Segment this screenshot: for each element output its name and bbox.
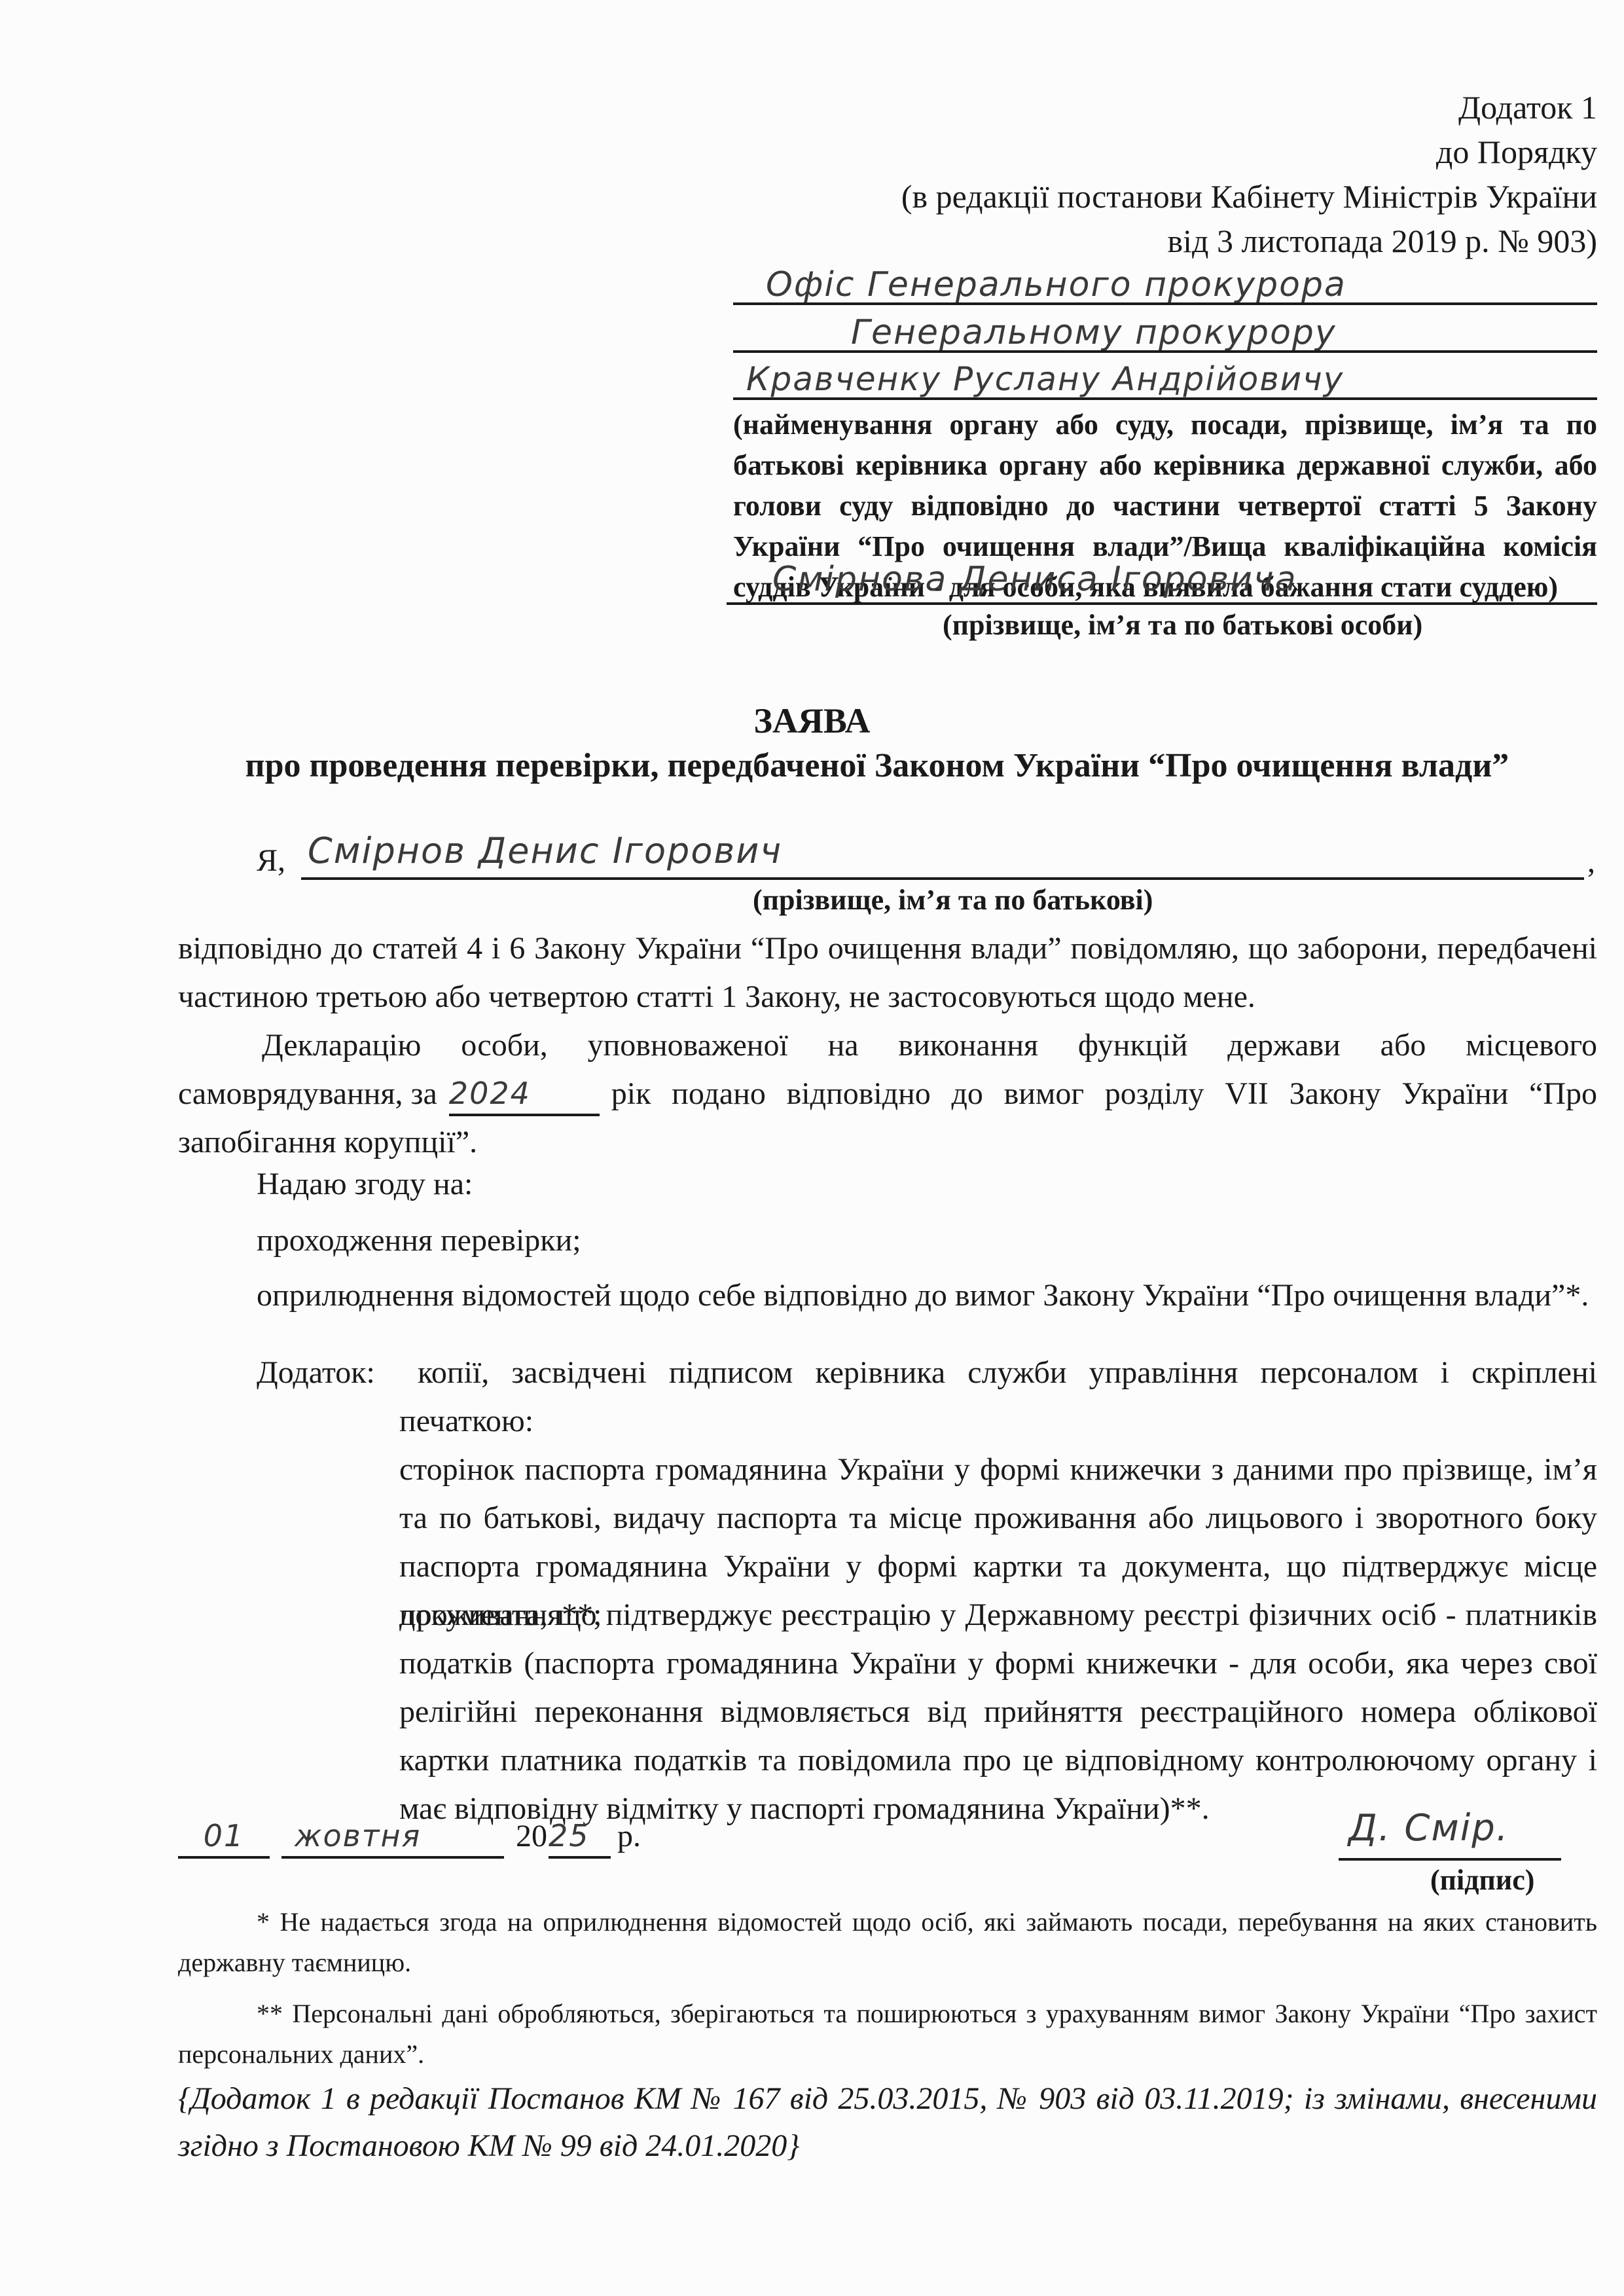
addressee-underline-1 — [733, 302, 1597, 305]
document-title: ЗАЯВА — [0, 701, 1624, 741]
date-year-prefix: 20 — [516, 1812, 547, 1861]
appendix-edition: (в редакції постанови Кабінету Міністрів… — [785, 174, 1597, 219]
addressee-underline-2 — [733, 350, 1597, 353]
footnote-personal-data: ** Персональні дані обробляються, зберіг… — [178, 1994, 1597, 2075]
applicant-underline — [301, 877, 1584, 880]
date-year-field[interactable]: 25 — [549, 1816, 611, 1859]
attachments-label: Додаток: — [257, 1349, 375, 1397]
date-month-handwritten: жовтня — [295, 1818, 421, 1853]
addressee-line-3[interactable]: Кравченку Руслану Андрійовичу — [746, 360, 1344, 398]
consent-item-publication: оприлюднення відомостей щодо себе відпов… — [178, 1271, 1597, 1320]
sender-underline — [727, 602, 1597, 605]
declaration-after-year: рік подано відповідно до вимог розділу V… — [611, 1070, 1597, 1118]
declaration-before-year: самоврядування, за — [178, 1070, 437, 1118]
sender-name-handwritten[interactable]: Смірнова Дениса Ігоровича — [772, 560, 1297, 599]
addressee-line-2[interactable]: Генеральному прокурору — [851, 313, 1337, 352]
statement-paragraph: відповідно до статей 4 і 6 Закону Україн… — [178, 924, 1597, 1021]
date-day-field[interactable]: 01 — [178, 1816, 270, 1859]
declaration-line-3: запобігання корупції”. — [178, 1118, 477, 1167]
applicant-prefix: Я, — [257, 837, 285, 885]
date-year-suffix: р. — [617, 1812, 641, 1861]
applicant-name-handwritten[interactable]: Смірнов Денис Ігорович — [308, 830, 782, 871]
appendix-header: Додаток 1 до Порядку (в редакції постано… — [785, 85, 1597, 263]
date-month-field[interactable]: жовтня — [281, 1816, 504, 1859]
attachment-item-tax-registration: документа, що підтверджує реєстрацію у Д… — [399, 1591, 1597, 1833]
declaration-year-handwritten: 2024 — [449, 1076, 531, 1111]
date-day-handwritten: 01 — [204, 1818, 245, 1853]
appendix-resolution: від 3 листопада 2019 р. № 903) — [785, 219, 1597, 263]
consent-item-verification: проходження перевірки; — [257, 1216, 581, 1265]
signature-caption: (підпис) — [1430, 1861, 1534, 1900]
attachments-intro: копії, засвідчені підписом керівника слу… — [399, 1349, 1597, 1446]
date-year-handwritten: 25 — [549, 1818, 590, 1853]
addressee-line-1[interactable]: Офіс Генерального прокурора — [766, 265, 1346, 304]
date-row: 01 жовтня 20 25 р. — [178, 1812, 641, 1861]
declaration-line-1: Декларацію особи, уповноваженої на викон… — [262, 1021, 1597, 1070]
signature-handwritten[interactable]: Д. Смір. — [1348, 1807, 1509, 1850]
applicant-suffix: , — [1587, 838, 1595, 886]
declaration-line-2: самоврядування, за 2024 рік подано відпо… — [178, 1070, 1597, 1118]
document-page: Додаток 1 до Порядку (в редакції постано… — [0, 0, 1624, 2296]
appendix-number: Додаток 1 — [785, 85, 1597, 130]
document-subtitle: про проведення перевірки, передбаченої З… — [131, 746, 1623, 785]
declaration-year-field[interactable]: 2024 — [449, 1074, 600, 1116]
applicant-caption: (прізвище, ім’я та по батькові) — [753, 881, 1153, 920]
editorial-note: {Додаток 1 в редакції Постанов КМ № 167 … — [178, 2075, 1597, 2170]
appendix-ref: до Порядку — [785, 130, 1597, 174]
footnote-state-secret: * Не надається згода на оприлюднення від… — [178, 1902, 1597, 1983]
consent-heading: Надаю згоду на: — [257, 1160, 473, 1209]
addressee-underline-3 — [733, 397, 1597, 400]
sender-caption: (прізвище, ім’я та по батькові особи) — [943, 606, 1422, 645]
